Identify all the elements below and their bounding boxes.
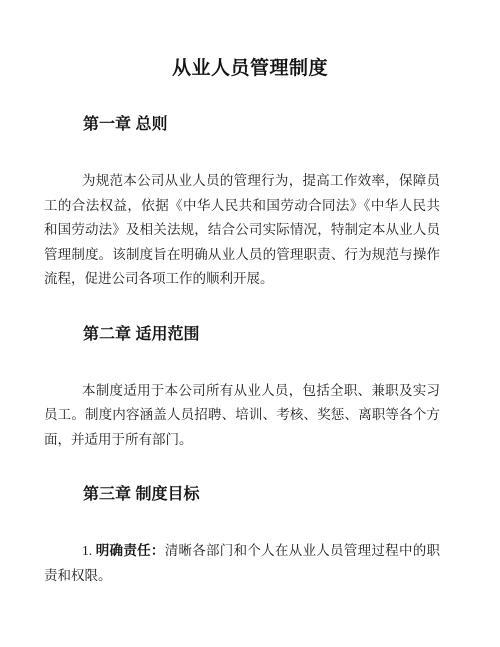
list-item-marker: 1. bbox=[82, 543, 96, 558]
chapter-1-paragraph: 为规范本公司从业人员的管理行为，提高工作效率，保障员工的合法权益，依据《中华人民… bbox=[44, 169, 440, 292]
chapter-1-heading: 第一章 总则 bbox=[83, 114, 440, 136]
chapter-2-paragraph: 本制度适用于本公司所有从业人员，包括全职、兼职及实习员工。制度内容涵盖人员招聘、… bbox=[44, 379, 440, 453]
document-title: 从业人员管理制度 bbox=[0, 56, 500, 82]
chapter-2-heading: 第二章 适用范围 bbox=[83, 324, 440, 346]
document-page: 从业人员管理制度 第一章 总则 为规范本公司从业人员的管理行为，提高工作效率，保… bbox=[0, 0, 500, 647]
list-item-term: 明确责任： bbox=[96, 543, 165, 558]
chapter-3-heading: 第三章 制度目标 bbox=[83, 484, 440, 506]
document-body: 第一章 总则 为规范本公司从业人员的管理行为，提高工作效率，保障员工的合法权益，… bbox=[0, 114, 500, 588]
chapter-3-item-1: 1. 明确责任：清晰各部门和个人在从业人员管理过程中的职责和权限。 bbox=[44, 539, 440, 588]
